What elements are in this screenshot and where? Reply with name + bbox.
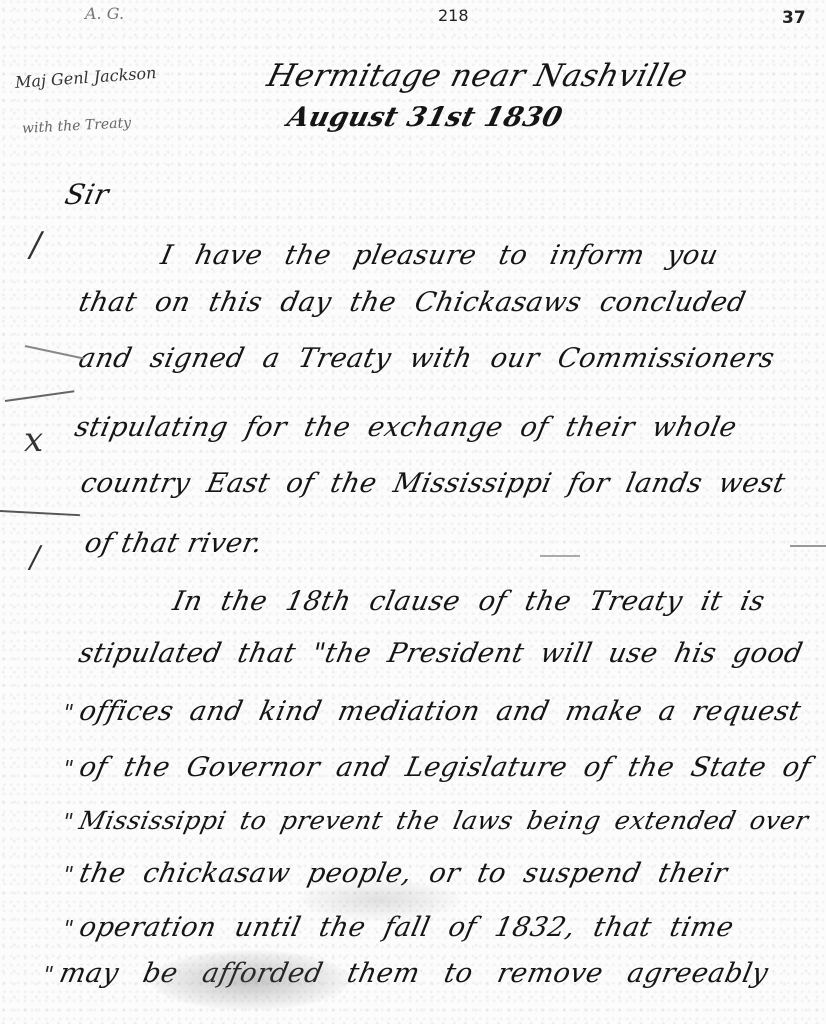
body-line-10-text: of the Governor and Legislature of the S… [77, 752, 814, 783]
body-line-9-text: offices and kind mediation and make a re… [77, 696, 804, 727]
page-number: 37 [782, 8, 806, 28]
bleed-through-mark [25, 345, 84, 359]
docket-note-line2: with the Treaty [22, 115, 132, 137]
body-line-10: "of the Governor and Legislature of the … [60, 752, 814, 783]
body-line-3: and signed a Treaty with our Commissione… [76, 343, 778, 374]
body-line-5: country East of the Mississippi for land… [78, 468, 788, 499]
bleed-through-mark [5, 390, 75, 402]
ink-smudge [300, 880, 460, 920]
body-line-9: "offices and kind mediation and make a r… [60, 696, 804, 727]
body-line-1: I have the pleasure to inform you [158, 240, 721, 271]
body-line-7: In the 18th clause of the Treaty it is [170, 586, 768, 617]
salutation: Sir [62, 178, 112, 211]
quote-continuation-mark: " [60, 810, 76, 835]
bleed-through-mark [0, 510, 80, 516]
letter-date: August 31st 1830 [284, 102, 566, 133]
top-faint-note: A. G. [85, 4, 124, 23]
manuscript-page: A. G. 218 37 Maj Genl Jackson with the T… [0, 0, 826, 1024]
quote-continuation-mark: " [60, 863, 76, 888]
docket-note-line1: Maj Genl Jackson [15, 63, 157, 92]
body-line-6: of that river. [82, 528, 265, 559]
body-line-8: stipulated that "the President will use … [76, 638, 806, 669]
body-line-4: stipulating for the exchange of their wh… [72, 412, 740, 443]
margin-check-mark: / [30, 225, 41, 265]
ink-smudge [150, 950, 350, 1010]
folio-number: 218 [438, 6, 469, 25]
bleed-through-mark [790, 545, 826, 547]
body-line-14: "may be afforded them to remove agreeabl… [40, 958, 771, 989]
quote-continuation-mark: " [60, 917, 76, 942]
margin-cross-mark: x [24, 420, 43, 460]
quote-continuation-mark: " [60, 757, 76, 782]
body-line-2: that on this day the Chickasaws conclude… [76, 287, 749, 318]
quote-continuation-mark: " [40, 963, 56, 988]
bleed-through-mark [540, 555, 580, 557]
quote-continuation-mark: " [60, 701, 76, 726]
margin-check-mark: / [30, 540, 40, 575]
letter-place: Hermitage near Nashville [264, 58, 692, 94]
body-line-11: "Mississippi to prevent the laws being e… [60, 806, 811, 835]
body-line-11-text: Mississippi to prevent the laws being ex… [77, 806, 812, 835]
